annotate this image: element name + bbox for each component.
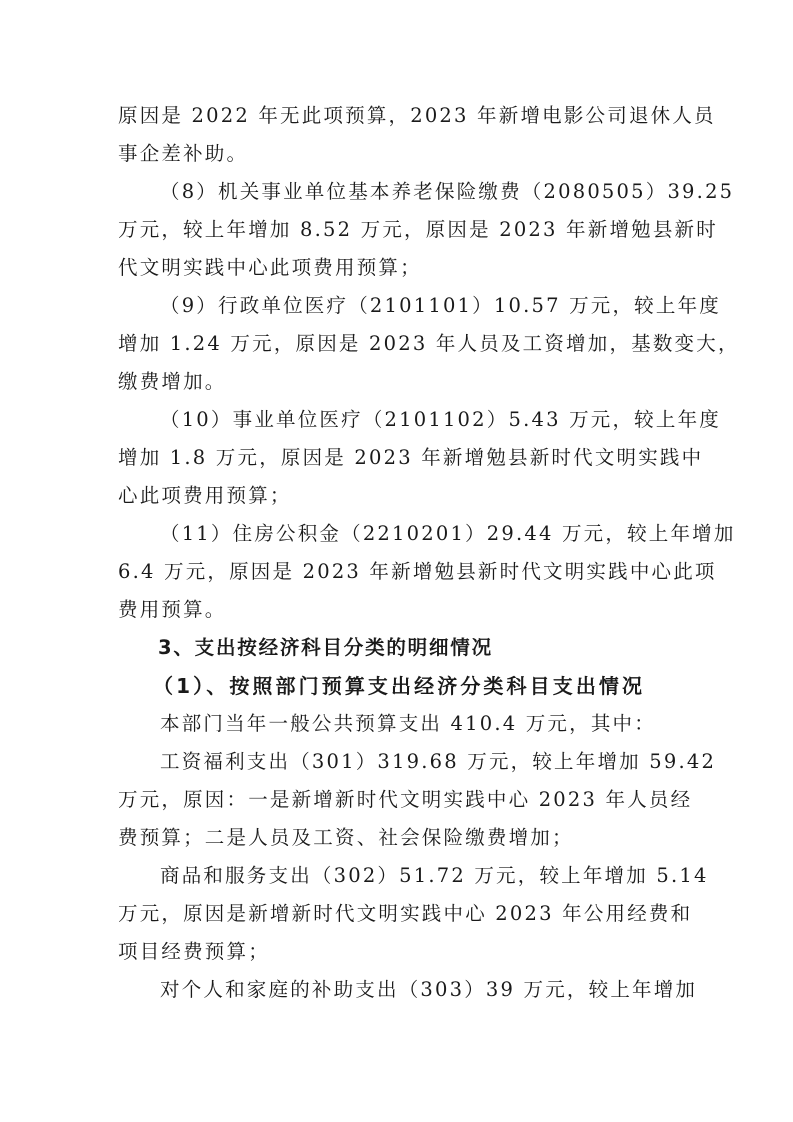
expense-302-line: 万元，原因是新增新时代文明实践中心 2023 年公用经费和 xyxy=(118,902,688,926)
expense-303-line: 对个人和家庭的补助支出（303）39 万元，较上年增加 xyxy=(160,978,688,1002)
section-heading: 3、支出按经济科目分类的明细情况 xyxy=(158,636,728,660)
item-9-line: 增加 1.24 万元，原因是 2023 年人员及工资增加，基数变大， xyxy=(118,332,688,356)
paragraph-line: 原因是 2022 年无此项预算，2023 年新增电影公司退休人员 xyxy=(118,104,688,128)
document-page: 原因是 2022 年无此项预算，2023 年新增电影公司退休人员 事企差补助。 … xyxy=(0,0,793,1122)
expense-301-line: 工资福利支出（301）319.68 万元，较上年增加 59.42 xyxy=(160,750,688,774)
subsection-heading: （1）、按照部门预算支出经济分类科目支出情况 xyxy=(153,674,723,698)
expense-302-line: 项目经费预算； xyxy=(118,940,688,964)
expense-302-line: 商品和服务支出（302）51.72 万元，较上年增加 5.14 xyxy=(160,864,688,888)
item-8-line: 万元，较上年增加 8.52 万元，原因是 2023 年新增勉县新时 xyxy=(118,218,688,242)
item-11-line: 费用预算。 xyxy=(118,598,688,622)
item-9-line: 缴费增加。 xyxy=(118,370,688,394)
item-11-line: 6.4 万元，原因是 2023 年新增勉县新时代文明实践中心此项 xyxy=(118,560,688,584)
item-8-line: （8）机关事业单位基本养老保险缴费（2080505）39.25 xyxy=(160,180,688,204)
item-9-line: （9）行政单位医疗（2101101）10.57 万元，较上年度 xyxy=(160,294,688,318)
summary-line: 本部门当年一般公共预算支出 410.4 万元，其中： xyxy=(160,712,688,736)
item-10-line: （10）事业单位医疗（2101102）5.43 万元，较上年度 xyxy=(160,408,688,432)
item-8-line: 代文明实践中心此项费用预算； xyxy=(118,256,688,280)
expense-301-line: 万元，原因：一是新增新时代文明实践中心 2023 年人员经 xyxy=(118,788,688,812)
expense-301-line: 费预算；二是人员及工资、社会保险缴费增加； xyxy=(118,826,688,850)
item-10-line: 增加 1.8 万元，原因是 2023 年新增勉县新时代文明实践中 xyxy=(118,446,688,470)
item-10-line: 心此项费用预算； xyxy=(118,484,688,508)
paragraph-line: 事企差补助。 xyxy=(118,142,688,166)
item-11-line: （11）住房公积金（2210201）29.44 万元，较上年增加 xyxy=(160,522,688,546)
